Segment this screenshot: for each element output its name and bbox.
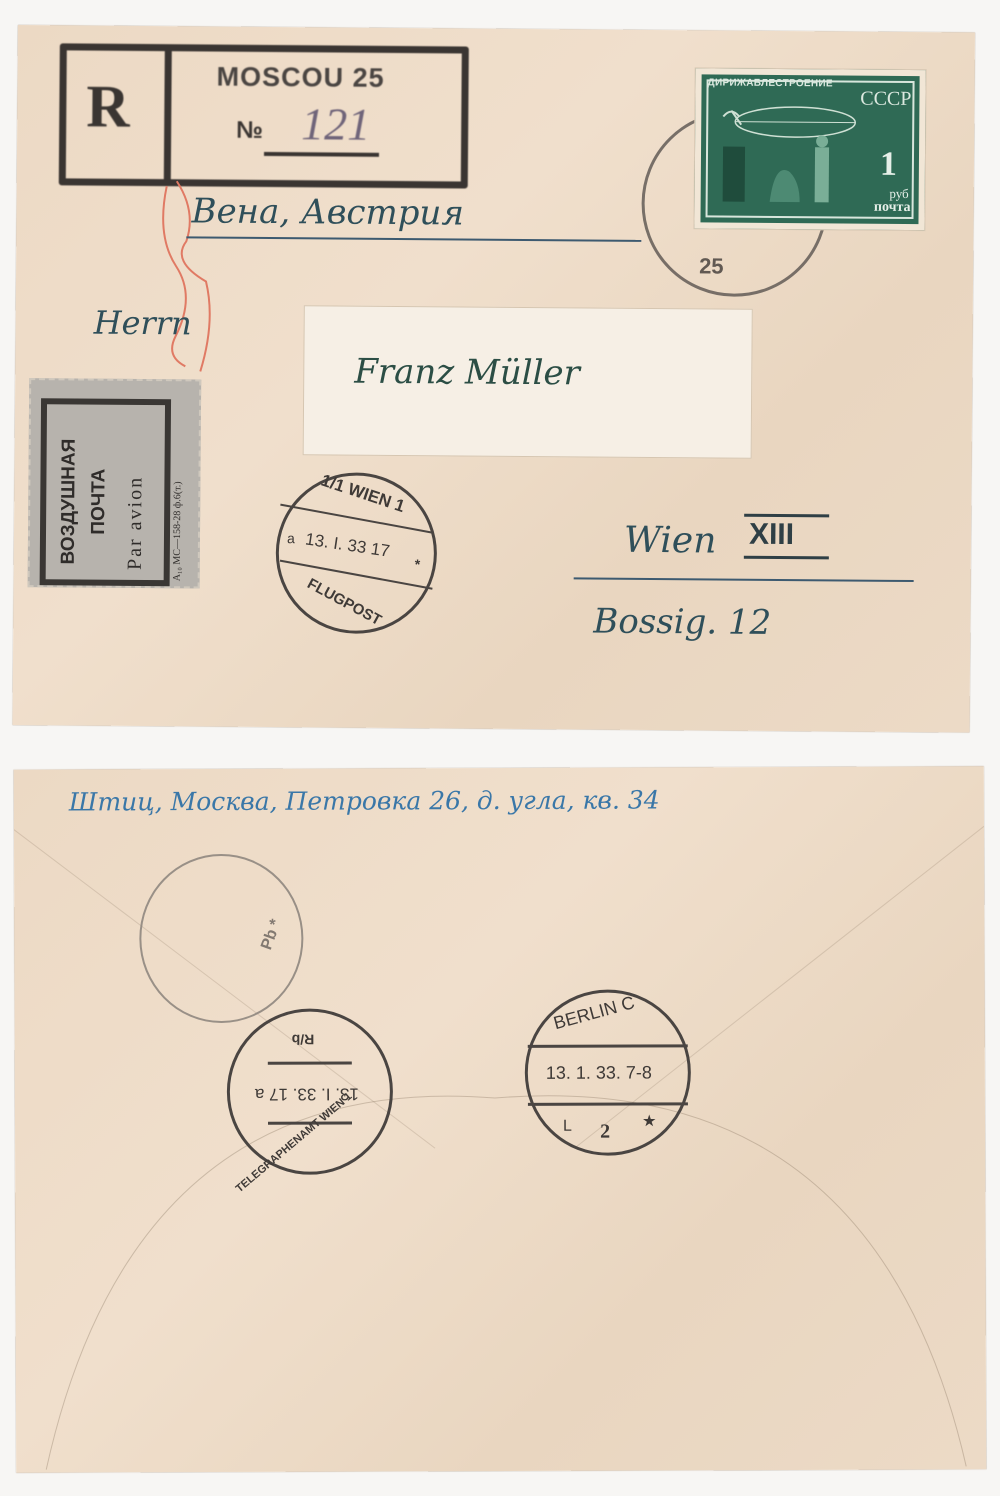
- berlin-postmark-star: ★: [643, 1112, 656, 1129]
- sender-address: Штиц, Москва, Петровка 26, д. угла, кв. …: [69, 785, 660, 816]
- berlin-postmark-left: L: [563, 1118, 572, 1136]
- registration-letter: R: [86, 73, 130, 142]
- registration-label: R MOSCOU 25 № 121: [59, 43, 469, 188]
- registration-number-label: №: [236, 117, 263, 145]
- stamp-bottom-text: почта: [874, 200, 911, 216]
- envelope-back: Штиц, Москва, Петровка 26, д. угла, кв. …: [14, 766, 986, 1472]
- airmail-line2: ПОЧТА: [88, 469, 111, 535]
- wien-telegraph-postmark: R/b 13. I. 33. 17 a TELEGRAPHENAMT WIEN …: [227, 1008, 394, 1175]
- address-label: Franz Müller: [303, 305, 753, 459]
- airmail-label: ВОЗДУШНАЯ ПОЧТА Par avion А₁₀ МС—158-28 …: [28, 378, 202, 588]
- moscow-cancel-number: 25: [699, 253, 724, 279]
- telegraph-postmark-top: R/b: [292, 1032, 315, 1048]
- berlin-postmark: BERLIN C 13. 1. 33. 7-8 L 2 ★: [525, 989, 692, 1156]
- wien-postmark-bottom: FLUGPOST: [304, 575, 384, 629]
- wien-postmark-date: 13. I. 33 17: [304, 529, 391, 561]
- berlin-postmark-bottom: 2: [600, 1121, 610, 1144]
- wien-postmark-prefix: a: [287, 530, 295, 546]
- district: XIII: [749, 518, 794, 552]
- airmail-printer-mark: А₁₀ МС—158-28 ф.6(т.): [172, 481, 184, 581]
- airmail-line3: Par avion: [124, 476, 148, 570]
- berlin-postmark-date: 13. 1. 33. 7-8: [546, 1062, 652, 1083]
- street-address: Bossig. 12: [593, 602, 771, 643]
- envelope-flaps-icon: [14, 766, 986, 1472]
- destination-line: Вена, Австрия: [191, 191, 464, 233]
- registration-underline: [264, 152, 379, 157]
- postage-stamp: ДИРИЖАБЛЕСТРОЕНИЕ СССР 1 руб почта: [694, 68, 925, 230]
- stamp-value: 1: [880, 146, 897, 184]
- moscow-transit-text: Рb *: [258, 917, 285, 952]
- stamp-top-text: ДИРИЖАБЛЕСТРОЕНИЕ: [708, 77, 833, 89]
- airmail-line1: ВОЗДУШНАЯ: [58, 439, 81, 565]
- airship-illustration-icon: [715, 96, 866, 207]
- addressee-name: Franz Müller: [354, 352, 580, 394]
- destination-underline: [186, 236, 641, 242]
- city-underline: [574, 577, 914, 582]
- wien-flugpost-postmark: 1/1 WIEN 1 a 13. I. 33 17 * FLUGPOST: [275, 472, 437, 634]
- wien-postmark-top: 1/1 WIEN 1: [318, 470, 407, 516]
- salutation: Herrn: [94, 304, 192, 343]
- registration-divider: [164, 51, 172, 179]
- registration-office: MOSCOU 25: [216, 62, 384, 94]
- stamp-country: СССР: [860, 88, 911, 111]
- moscow-transit-postmark: Рb *: [139, 854, 304, 1024]
- envelope-front: R MOSCOU 25 № 121 25 ДИРИЖАБЛЕСТРОЕНИЕ С…: [13, 25, 975, 732]
- wien-postmark-star: *: [415, 556, 421, 572]
- city: Wien: [624, 520, 717, 562]
- registration-number: 121: [301, 97, 370, 151]
